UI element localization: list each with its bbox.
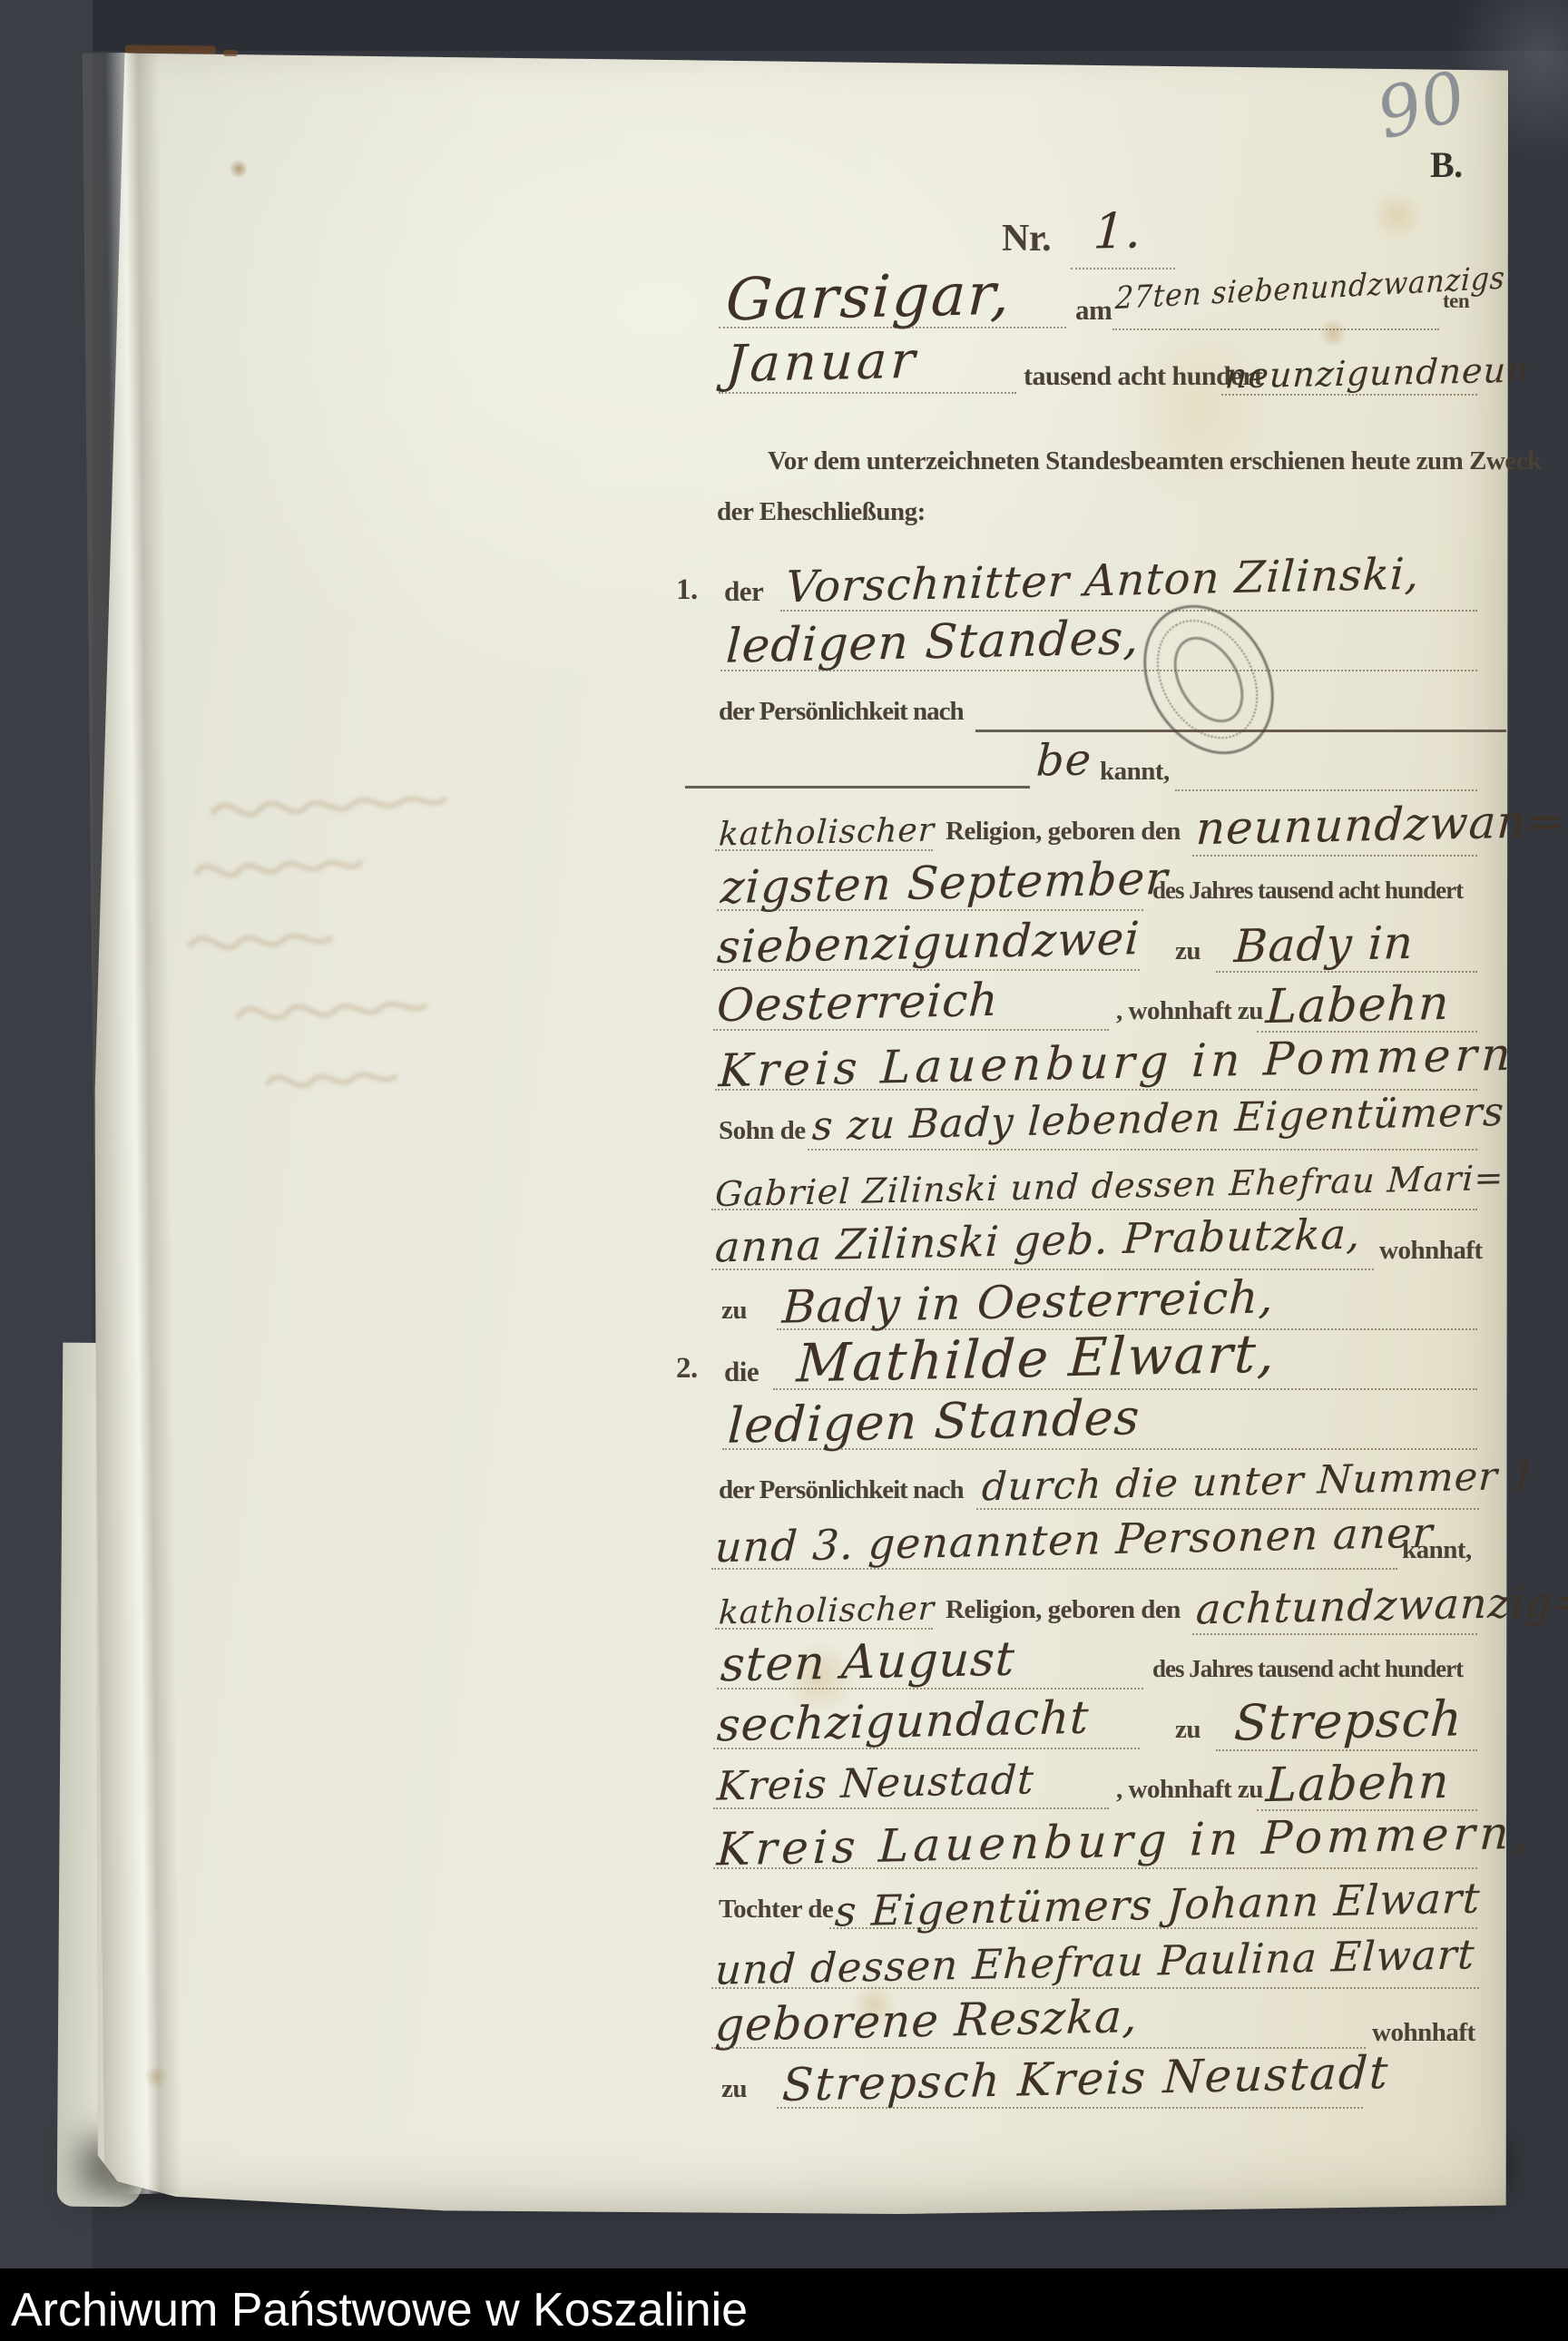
bride-status-entry: ledigen Standes [727, 1393, 1142, 1451]
bride-identity-entry-1: durch die unter Nummer 1 [981, 1457, 1538, 1508]
form-line [713, 1867, 1477, 1869]
form-line [1216, 971, 1477, 973]
form-line [777, 2107, 1363, 2109]
groom-son-label: Sohn de [719, 1118, 806, 1144]
form-line [719, 327, 1066, 328]
month-entry: Januar [725, 336, 920, 391]
bride-index: 2. [676, 1354, 698, 1384]
bride-wohnhaft-label: , wohnhaft zu [1116, 1777, 1263, 1803]
groom-known-entry: be [1035, 738, 1093, 782]
bride-year-label: des Jahres tausend acht hundert [1152, 1657, 1463, 1681]
form-line [717, 1688, 1143, 1690]
groom-residence-entry-1: Labehn [1265, 980, 1451, 1031]
form-line [808, 1149, 1477, 1151]
groom-index: 1. [676, 575, 698, 605]
bride-zu-label: zu [1175, 1717, 1200, 1743]
bride-daughter-label: Tochter de [719, 1896, 833, 1923]
groom-identity-label: der Persönlichkeit nach [719, 699, 964, 725]
form-line [713, 1807, 1109, 1809]
form-line [715, 1628, 933, 1630]
groom-parents-entry-2: Gabriel Zilinski und dessen Ehefrau Mari… [714, 1161, 1504, 1211]
groom-birthday-entry-2: zigsten September [720, 856, 1170, 910]
groom-name-entry: Vorschnitter Anton Zilinski, [785, 553, 1421, 610]
printed-kannt: kannt, [1100, 759, 1170, 785]
form-line [713, 1029, 1109, 1031]
printed-ten-suffix: ten [1443, 290, 1469, 311]
form-line [1192, 855, 1477, 857]
form-line [715, 1089, 1477, 1091]
form-line [722, 1448, 1477, 1450]
form-line-solid [685, 786, 1030, 788]
groom-parents-entry-1: s zu Bady lebenden Eigentümers [811, 1092, 1505, 1147]
form-line [719, 392, 1016, 394]
form-line [713, 1748, 1140, 1749]
record-number-label: Nr. [1002, 220, 1051, 258]
groom-birthplace-entry-2: Oesterreich [716, 977, 1000, 1029]
intro-line-1: Vor dem unterzeichneten Standesbeamten e… [768, 448, 1542, 475]
year-entry: neunzigundneun [1224, 352, 1530, 393]
archive-caption-text: Archiwum Państwowe w Koszalinie [11, 2283, 748, 2337]
groom-article: der [724, 577, 763, 605]
printed-kannt-2: kannt, [1402, 1537, 1472, 1563]
form-line [720, 670, 1477, 671]
form-line [1216, 1749, 1477, 1751]
bride-birthday-entry-1: achtundzwanzig= [1195, 1580, 1568, 1630]
archive-photo: 90 B. Nr. 1. Garsigar, am 27ten siebenun… [0, 0, 1568, 2341]
bride-birthday-entry-2: sten August [720, 1636, 1016, 1690]
groom-wohnhaft-label: , wohnhaft zu [1116, 998, 1263, 1024]
bride-birth-year-entry: sechzigundacht [716, 1695, 1091, 1748]
document-content: 90 B. Nr. 1. Garsigar, am 27ten siebenun… [0, 0, 1568, 2341]
bride-religion-label: Religion, geboren den [946, 1597, 1181, 1623]
bride-residence-entry-2: Kreis Lauenburg in Pommern, [716, 1810, 1534, 1873]
form-line [717, 909, 1143, 911]
form-line [1192, 1633, 1477, 1635]
groom-parents-zu-label: zu [721, 1298, 747, 1324]
form-line [1175, 789, 1477, 791]
form-line [711, 1209, 1477, 1210]
groom-religion-entry: katholischer [718, 814, 936, 851]
form-line [1221, 394, 1477, 396]
printed-am-label: am [1075, 296, 1112, 324]
groom-parents-wohnhaft-label: wohnhaft [1379, 1238, 1483, 1264]
form-line [715, 849, 933, 851]
groom-zu-label: zu [1175, 938, 1200, 965]
bride-residence-entry-1: Labehn [1265, 1758, 1451, 1809]
bride-birthplace-entry-1: Strepsch [1233, 1694, 1464, 1748]
place-entry: Garsigar, [724, 266, 1012, 330]
bride-article: die [724, 1357, 759, 1386]
form-line [1071, 268, 1175, 269]
pencil-page-number: 90 [1370, 61, 1472, 149]
groom-parents-entry-3: anna Zilinski geb. Prabutzka, [714, 1213, 1362, 1268]
section-letter: B. [1430, 147, 1463, 183]
form-line [713, 969, 1140, 971]
record-number-value: 1. [1093, 206, 1143, 256]
form-line [829, 1927, 1477, 1929]
bride-name-entry: Mathilde Elwart, [796, 1327, 1278, 1389]
bride-parents-wohnhaft-label: wohnhaft [1372, 2020, 1475, 2046]
groom-status-entry: ledigen Standes, [725, 614, 1141, 671]
bride-parents-residence-entry: Strepsch Kreis Neustadt [781, 2050, 1391, 2108]
groom-birthday-entry-1: neunundzwan= [1195, 798, 1567, 852]
form-line [1112, 328, 1439, 330]
intro-line-2: der Eheschließung: [717, 499, 926, 525]
groom-birth-year-entry: siebenzigundzwei [716, 916, 1142, 970]
bride-parents-zu-label: zu [721, 2076, 747, 2102]
bride-religion-entry: katholischer [718, 1592, 936, 1630]
bride-identity-entry-2: und 3. genannten Personen aner [714, 1512, 1435, 1569]
bride-identity-label: der Persönlichkeit nach [719, 1477, 964, 1504]
groom-residence-entry-2: Kreis Lauenburg in Pommern [718, 1032, 1516, 1093]
form-line-solid [975, 730, 1506, 732]
groom-birthplace-entry-1: Bady in [1233, 920, 1415, 969]
bride-parents-entry-1: s Eigentümers Johann Elwart [834, 1877, 1482, 1933]
form-line [711, 1568, 1397, 1570]
groom-religion-label: Religion, geboren den [946, 818, 1181, 845]
form-line [711, 1987, 1479, 1989]
bride-parents-entry-3: geborene Reszka, [714, 1993, 1139, 2048]
groom-parents-residence-entry: Bady in Oesterreich, [781, 1274, 1276, 1329]
bride-birthplace-entry-2: Kreis Neustadt [716, 1760, 1035, 1807]
archive-caption-bar: Archiwum Państwowe w Koszalinie [0, 2268, 1568, 2341]
groom-year-label: des Jahres tausend acht hundert [1152, 878, 1463, 903]
bride-parents-entry-2: und dessen Ehefrau Paulina Elwart [714, 1934, 1476, 1991]
